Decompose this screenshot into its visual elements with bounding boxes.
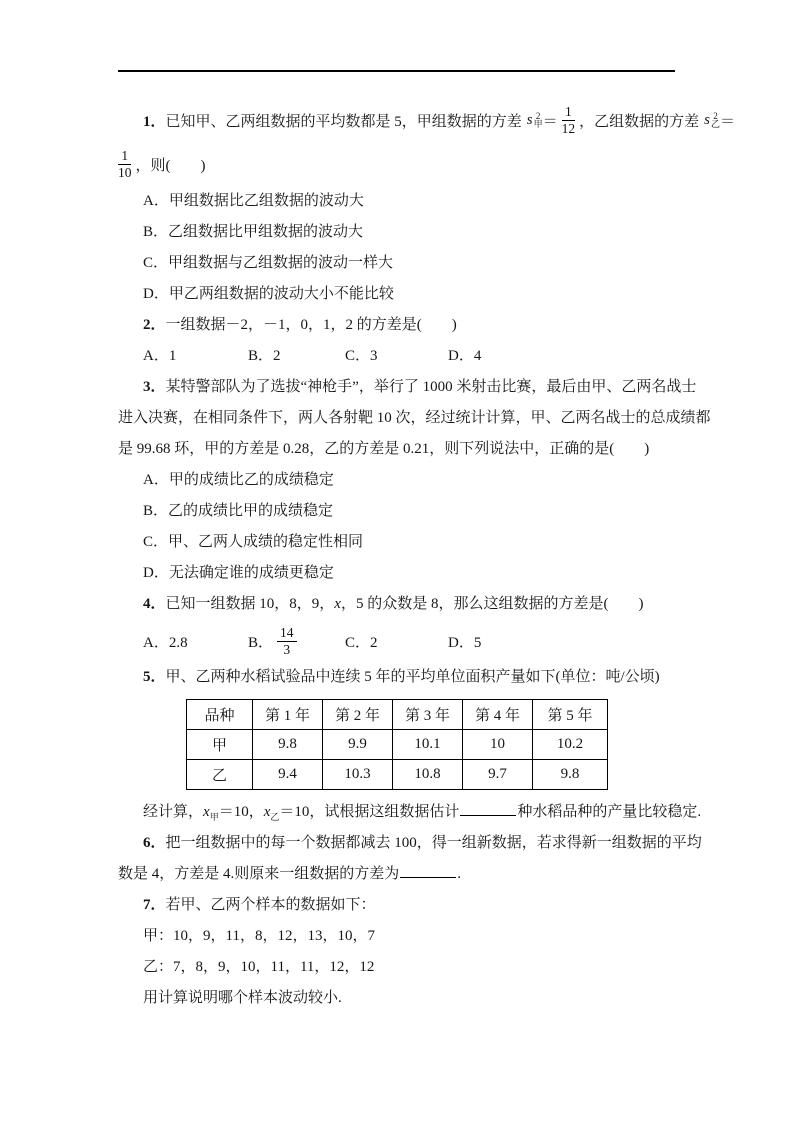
problem-1-option-c: C．甲组数据与乙组数据的波动一样大	[118, 248, 678, 279]
yi-year-5: 9.8	[533, 760, 608, 790]
problem-7-text: 若甲、乙两个样本的数据如下：	[166, 897, 376, 913]
note-text-a: 经计算，	[143, 804, 203, 820]
header-year-1: 第 1 年	[253, 700, 323, 730]
problem-3-option-d: D．无法确定谁的成绩更稳定	[118, 558, 678, 589]
problem-2-option-b: B．2	[248, 341, 345, 372]
problem-2-option-c: C．3	[345, 341, 448, 372]
problem-5-text: 甲、乙两种水稻试验品中连续 5 年的平均单位面积产量如下(单位：吨/公顷)	[166, 669, 660, 685]
problem-6-text-2: 数是 4，方差是 4.则原来一组数据的方差为	[118, 866, 399, 882]
problem-7-sample-yi: 乙：7，8，9，10，11，11，12，12	[118, 952, 678, 983]
problem-1-number: 1．	[143, 110, 166, 131]
problem-5-statement: 5．甲、乙两种水稻试验品中连续 5 年的平均单位面积产量如下(单位：吨/公顷)	[118, 662, 678, 693]
problem-1-option-a: A．甲组数据比乙组数据的波动大	[118, 186, 678, 217]
header-year-3: 第 3 年	[393, 700, 463, 730]
fraction-numerator: 1	[118, 148, 131, 165]
problem-2-options: A．1 B．2 C．3 D．4	[118, 341, 678, 372]
subscript-jia: 甲	[534, 120, 543, 129]
table-row-yi: 乙 9.4 10.3 10.8 9.7 9.8	[187, 760, 608, 790]
problem-4-number: 4．	[143, 596, 166, 612]
mean-value-yi: ＝10，试根据这组数据估计	[279, 804, 459, 820]
variance-symbol-jia: s	[527, 112, 533, 129]
table-row-jia: 甲 9.8 9.9 10.1 10 10.2	[187, 730, 608, 760]
yi-year-4: 9.7	[463, 760, 533, 790]
problem-6-line-2: 数是 4，方差是 4.则原来一组数据的方差为.	[118, 859, 678, 890]
problem-1-line-1: 1．已知甲、乙两组数据的平均数都是 5，甲组数据的方差 s2甲 ＝ 112 ，乙…	[118, 98, 678, 142]
problem-1-option-b: B．乙组数据比甲组数据的波动大	[118, 217, 678, 248]
mean-symbol-jia: x	[203, 804, 210, 820]
problem-1-question-tail: ，则( )	[136, 154, 206, 175]
fill-in-blank	[460, 803, 516, 816]
header-year-4: 第 4 年	[463, 700, 533, 730]
table-header-row: 品种 第 1 年 第 2 年 第 3 年 第 4 年 第 5 年	[187, 700, 608, 730]
mean-subscript-jia: 甲	[210, 812, 219, 822]
problem-3-number: 3．	[143, 379, 166, 395]
equals-sign: ＝	[720, 110, 735, 131]
header-year-5: 第 5 年	[533, 700, 608, 730]
row-label-jia: 甲	[187, 730, 253, 760]
problem-4-statement: 4．已知一组数据 10，8，9，x，5 的众数是 8，那么这组数据的方差是( )	[118, 589, 678, 620]
problem-6-text-1: 把一组数据中的每一个数据都减去 100，得一组新数据，若求得新一组数据的平均	[166, 835, 702, 851]
problem-3-option-a: A．甲的成绩比乙的成绩稳定	[118, 465, 678, 496]
yi-year-1: 9.4	[253, 760, 323, 790]
note-text-b: 种水稻品种的产量比较稳定.	[517, 804, 701, 820]
problem-2-option-d: D．4	[448, 341, 678, 372]
supsub-yi: 2乙	[711, 112, 720, 129]
header-variety: 品种	[187, 700, 253, 730]
problem-4-option-a: A．2.8	[143, 631, 248, 652]
problem-7-sample-jia: 甲：10，9，11，8，12，13，10，7	[118, 921, 678, 952]
problem-6-period: .	[457, 866, 461, 882]
problem-4-option-c: C．2	[345, 631, 448, 652]
yi-year-2: 10.3	[323, 760, 393, 790]
variable-x: x	[334, 596, 341, 612]
problem-2-text: 一组数据－2，－1，0，1，2 的方差是( )	[166, 317, 457, 333]
worksheet-page: 1．已知甲、乙两组数据的平均数都是 5，甲组数据的方差 s2甲 ＝ 112 ，乙…	[0, 0, 793, 1122]
problem-6-number: 6．	[143, 835, 166, 851]
problem-3-line-2: 进入决赛，在相同条件下，两人各射靶 10 次，经过统计计算，甲、乙两名战士的总成…	[118, 403, 678, 434]
equals-sign: ＝	[543, 110, 558, 131]
problem-4-option-b: B．143	[248, 625, 345, 658]
problem-3-option-c: C．甲、乙两人成绩的稳定性相同	[118, 527, 678, 558]
problem-7-number: 7．	[143, 897, 166, 913]
problem-3-line-3: 是 99.68 环，甲的方差是 0.28，乙的方差是 0.21，则下列说法中，正…	[118, 434, 678, 465]
supsub-jia: 2甲	[534, 112, 543, 129]
problem-7-instruction: 用计算说明哪个样本波动较小.	[118, 983, 678, 1014]
problem-7-statement: 7．若甲、乙两个样本的数据如下：	[118, 890, 678, 921]
jia-year-2: 9.9	[323, 730, 393, 760]
problem-4-options: A．2.8 B．143 C．2 D．5	[118, 620, 678, 662]
fraction-denominator: 10	[118, 165, 132, 181]
row-label-yi: 乙	[187, 760, 253, 790]
problem-1-option-d: D．甲乙两组数据的波动大小不能比较	[118, 279, 678, 310]
yi-year-3: 10.8	[393, 760, 463, 790]
worksheet-content: 1．已知甲、乙两组数据的平均数都是 5，甲组数据的方差 s2甲 ＝ 112 ，乙…	[118, 0, 678, 1014]
fraction-14-3: 143	[277, 625, 297, 658]
problem-6-line-1: 6．把一组数据中的每一个数据都减去 100，得一组新数据，若求得新一组数据的平均	[118, 828, 678, 859]
problem-3-text-1: 某特警部队为了选拔“神枪手”，举行了 1000 米射击比赛，最后由甲、乙两名战士	[166, 379, 697, 395]
problem-4-option-d: D．5	[448, 631, 678, 652]
problem-5-note: 经计算，x甲＝10，x乙＝10，试根据这组数据估计种水稻品种的产量比较稳定.	[118, 797, 678, 828]
subscript-yi: 乙	[711, 120, 720, 129]
jia-year-5: 10.2	[533, 730, 608, 760]
option-b-label: B．	[248, 631, 273, 652]
fraction-1-10: 110	[118, 148, 132, 181]
fraction-numerator: 14	[277, 625, 297, 642]
problem-2-option-a: A．1	[143, 341, 248, 372]
problem-4-text-b: ，5 的众数是 8，那么这组数据的方差是( )	[341, 596, 644, 612]
problem-3-option-b: B．乙的成绩比甲的成绩稳定	[118, 496, 678, 527]
fill-in-blank	[400, 865, 456, 878]
problem-2-number: 2．	[143, 317, 166, 333]
jia-year-3: 10.1	[393, 730, 463, 760]
problem-4-text-a: 已知一组数据 10，8，9，	[166, 596, 335, 612]
fraction-denominator: 3	[283, 642, 290, 658]
problem-1-text-a: 已知甲、乙两组数据的平均数都是 5，甲组数据的方差	[166, 110, 522, 131]
fraction-numerator: 1	[562, 104, 575, 121]
fraction-denominator: 12	[562, 121, 576, 137]
variance-symbol-yi: s	[704, 112, 710, 129]
problem-2-statement: 2．一组数据－2，－1，0，1，2 的方差是( )	[118, 310, 678, 341]
problem-5-number: 5．	[143, 669, 166, 685]
jia-year-1: 9.8	[253, 730, 323, 760]
jia-year-4: 10	[463, 730, 533, 760]
problem-1-text-b: ，乙组数据的方差	[579, 110, 699, 131]
fraction-1-12: 112	[562, 104, 576, 137]
mean-value-jia: ＝10，	[219, 804, 264, 820]
header-year-2: 第 2 年	[323, 700, 393, 730]
problem-1-line-2: 110 ，则( )	[118, 142, 678, 186]
problem-3-line-1: 3．某特警部队为了选拔“神枪手”，举行了 1000 米射击比赛，最后由甲、乙两名…	[118, 372, 678, 403]
yield-data-table: 品种 第 1 年 第 2 年 第 3 年 第 4 年 第 5 年 甲 9.8 9…	[186, 699, 608, 790]
